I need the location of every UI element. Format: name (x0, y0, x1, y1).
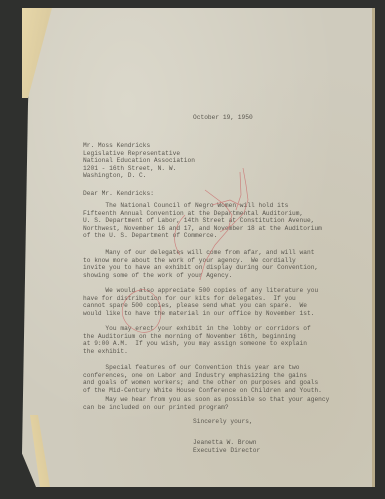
recipient-title: Legislative Representative (83, 150, 180, 157)
paragraph-exhibit-invite: Many of our delegates will come from afa… (83, 249, 318, 279)
recipient-address: Mr. Moss Kendricks Legislative Represent… (83, 142, 195, 180)
closing: Sincerely yours, (193, 418, 253, 426)
paragraph-literature: We would also appreciate 500 copies of a… (83, 287, 318, 317)
signature-block: Jeanetta W. Brown Executive Director (193, 439, 260, 454)
recipient-street: 1201 - 16th Street, N. W. (83, 165, 176, 172)
paragraph-request-reply: May we hear from you as soon as possible… (83, 396, 329, 411)
paragraph-exhibit-setup: You may erect your exhibit in the lobby … (83, 325, 311, 355)
recipient-city: Washington, D. C. (83, 172, 146, 179)
paragraph-special-features: Special features of our Convention this … (83, 364, 322, 394)
signer-title: Executive Director (193, 447, 260, 454)
letter-paper (22, 8, 375, 487)
paragraph-convention: The National Council of Negro Women will… (83, 202, 322, 240)
recipient-name: Mr. Moss Kendricks (83, 142, 150, 149)
salutation: Dear Mr. Kendricks: (83, 190, 154, 198)
recipient-organization: National Education Association (83, 157, 195, 164)
signer-name: Jeanetta W. Brown (193, 439, 256, 446)
paper-edge-right (372, 8, 375, 487)
letter-date: October 19, 1950 (193, 114, 253, 122)
